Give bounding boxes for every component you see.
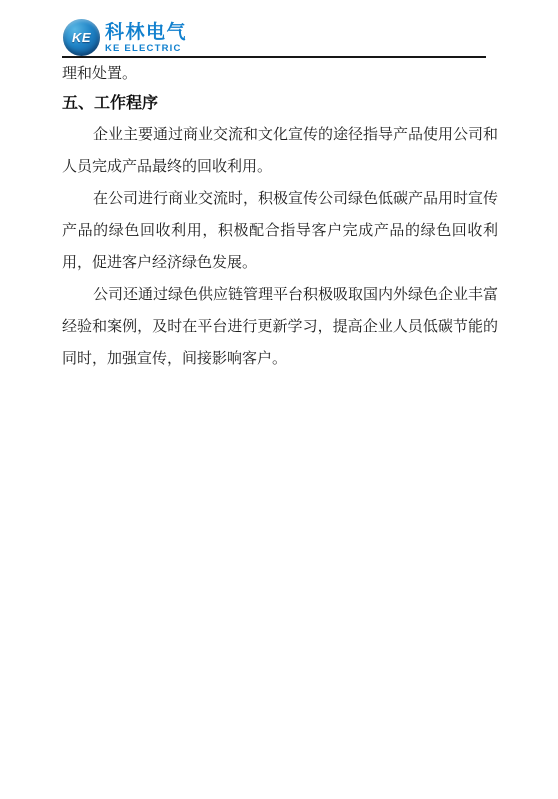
company-name-en: KE ELECTRIC — [105, 43, 187, 54]
document-page: KE 科林电气 KE ELECTRIC 理和处置。 五、工作程序 企业主要通过商… — [0, 0, 558, 799]
paragraph-continuation: 理和处置。 — [62, 59, 498, 89]
letterhead-divider — [62, 56, 486, 58]
logo-badge-text: KE — [72, 30, 91, 45]
body-paragraph: 企业主要通过商业交流和文化宣传的途径指导产品使用公司和人员完成产品最终的回收利用… — [62, 119, 498, 183]
company-logo-wordmark: 科林电气 KE ELECTRIC — [105, 22, 187, 54]
section-heading: 五、工作程序 — [62, 89, 498, 119]
company-logo-icon: KE — [63, 19, 100, 56]
letterhead: KE 科林电气 KE ELECTRIC — [0, 0, 558, 59]
body-paragraph: 公司还通过绿色供应链管理平台积极吸取国内外绿色企业丰富经验和案例，及时在平台进行… — [62, 279, 498, 375]
body-paragraph: 在公司进行商业交流时，积极宣传公司绿色低碳产品用时宣传产品的绿色回收利用，积极配… — [62, 183, 498, 279]
document-body: 理和处置。 五、工作程序 企业主要通过商业交流和文化宣传的途径指导产品使用公司和… — [62, 59, 498, 375]
company-name-cn: 科林电气 — [105, 22, 187, 43]
